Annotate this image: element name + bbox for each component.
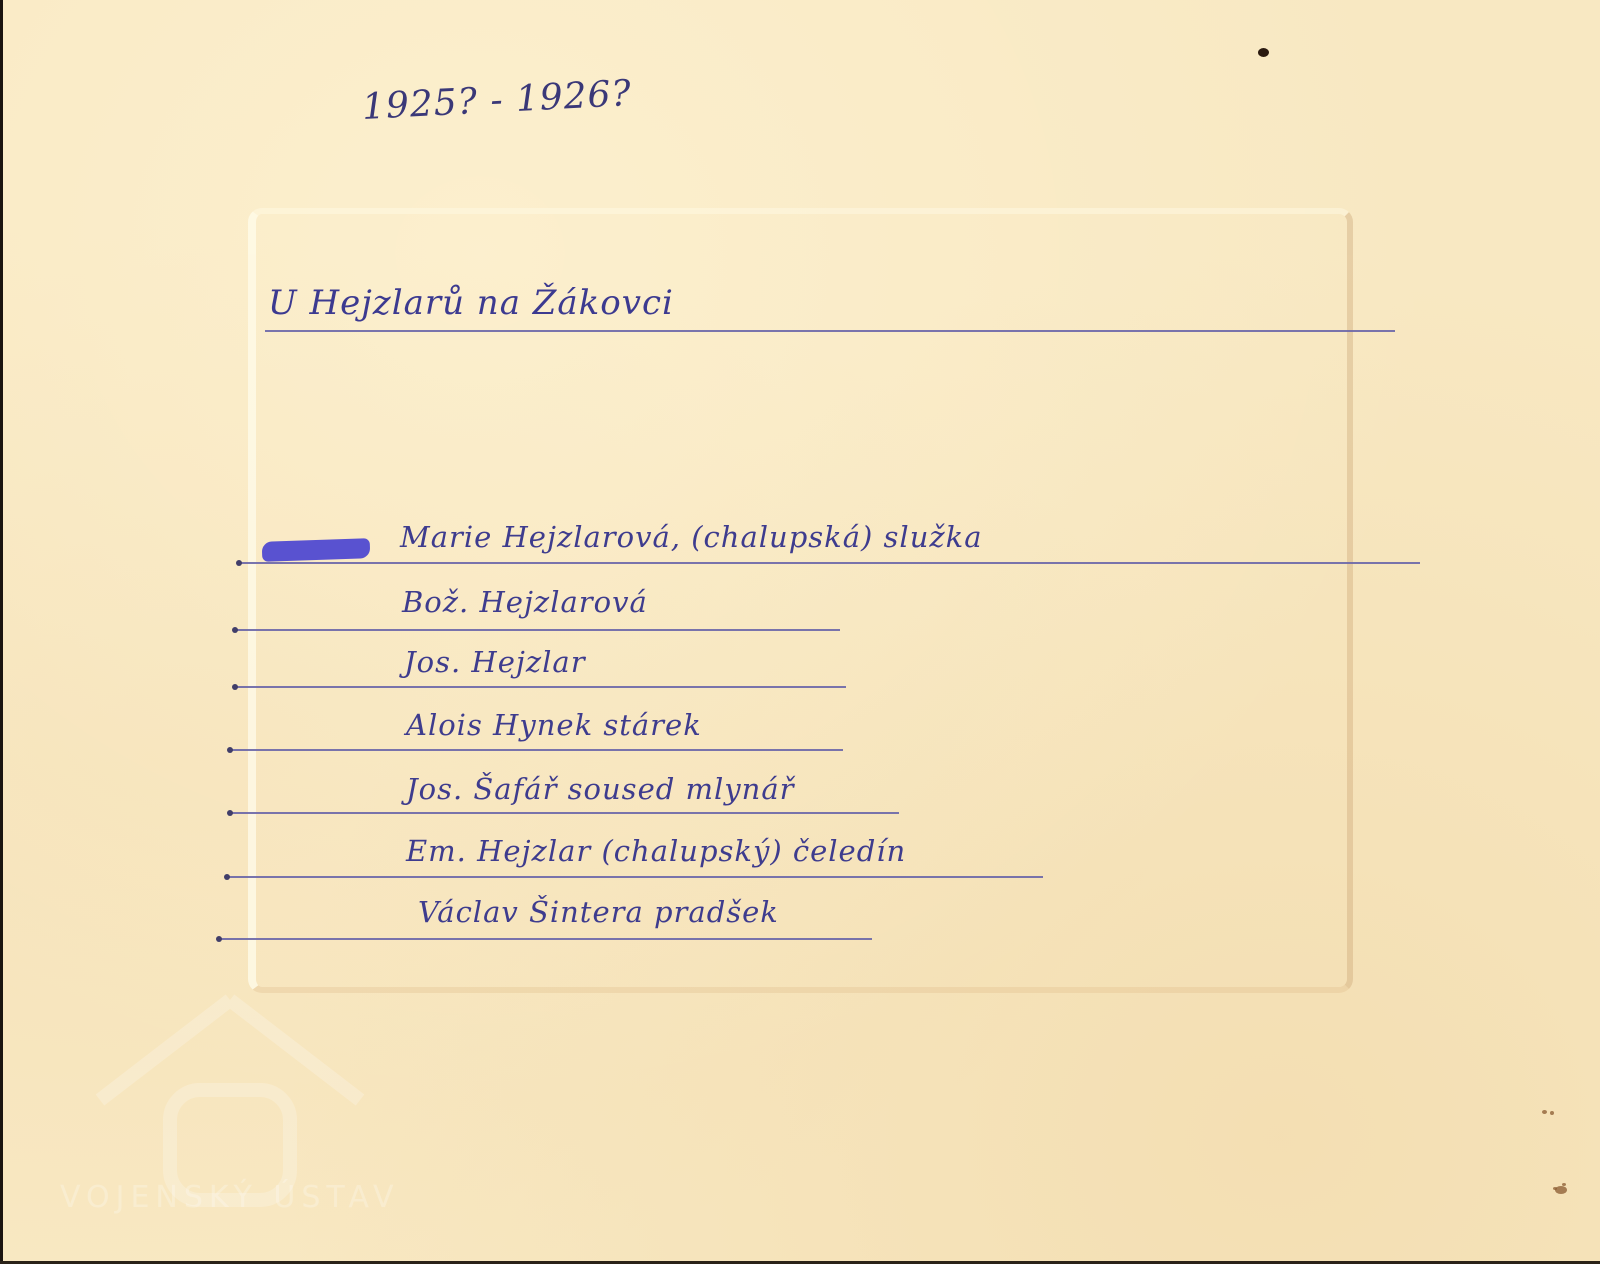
foxing-speck [1553, 1187, 1557, 1190]
foxing-speck [1550, 1111, 1554, 1115]
line-dot [227, 810, 233, 816]
ruled-line [240, 562, 1420, 564]
ink-spot [1258, 48, 1269, 57]
line-dot [232, 684, 238, 690]
person-entry: Bož. Hejzlarová [402, 585, 648, 619]
title-underline [265, 330, 1395, 332]
date-note: 1925? - 1926? [361, 73, 633, 128]
line-dot [224, 874, 230, 880]
line-dot [232, 627, 238, 633]
scanned-page: VOJENSKÝ ÚSTAV 1925? - 1926? U Hejzlarů … [0, 0, 1600, 1264]
scan-left-edge [0, 0, 3, 1264]
ruled-line [231, 749, 843, 751]
crossed-out-word [262, 538, 371, 562]
foxing-speck [1562, 1183, 1566, 1186]
ruled-line [220, 938, 872, 940]
ruled-line [236, 686, 846, 688]
person-entry: Václav Šintera pradšek [418, 895, 779, 929]
line-dot [216, 936, 222, 942]
person-entry: Marie Hejzlarová, (chalupská) služka [400, 520, 983, 554]
house-emblem-icon [60, 980, 400, 1210]
person-entry: Jos. Hejzlar [404, 645, 586, 679]
foxing-speck [1542, 1110, 1547, 1114]
line-dot [227, 747, 233, 753]
ruled-line [231, 812, 899, 814]
person-entry: Alois Hynek stárek [406, 708, 702, 742]
caption-title: U Hejzlarů na Žákovci [268, 283, 674, 323]
person-entry: Em. Hejzlar (chalupský) čeledín [406, 834, 906, 868]
ruled-line [236, 629, 840, 631]
person-entry: Jos. Šafář soused mlynář [406, 772, 795, 806]
line-dot [236, 560, 242, 566]
ruled-line [228, 876, 1043, 878]
watermark-text: VOJENSKÝ ÚSTAV [60, 1180, 399, 1215]
